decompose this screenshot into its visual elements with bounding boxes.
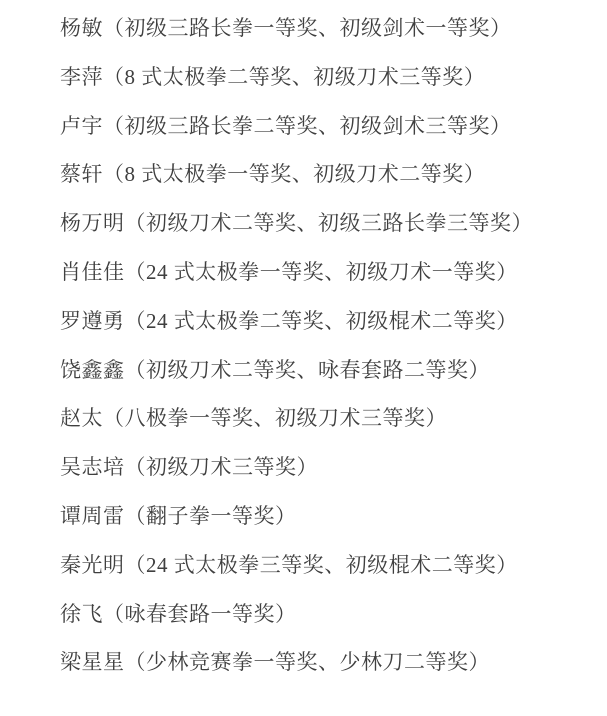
award-entry: 肖佳佳（24 式太极拳一等奖、初级刀术一等奖） [60,248,577,297]
award-entry: 李萍（8 式太极拳二等奖、初级刀术三等奖） [60,53,577,102]
award-entry: 吴志培（初级刀术三等奖） [60,443,577,492]
award-entry: 梁星星（少林竞赛拳一等奖、少林刀二等奖） [60,638,577,687]
award-entry: 秦光明（24 式太极拳三等奖、初级棍术二等奖） [60,541,577,590]
award-entry: 罗遵勇（24 式太极拳二等奖、初级棍术二等奖） [60,297,577,346]
award-list-document: 杨敏（初级三路长拳一等奖、初级剑术一等奖） 李萍（8 式太极拳二等奖、初级刀术三… [0,0,607,716]
award-entry: 饶鑫鑫（初级刀术二等奖、咏春套路二等奖） [60,346,577,395]
award-entry: 杨万明（初级刀术二等奖、初级三路长拳三等奖） [60,199,577,248]
award-entry: 卢宇（初级三路长拳二等奖、初级剑术三等奖） [60,102,577,151]
award-entry: 赵太（八极拳一等奖、初级刀术三等奖） [60,394,577,443]
award-entry: 杨敏（初级三路长拳一等奖、初级剑术一等奖） [60,4,577,53]
award-entry: 蔡轩（8 式太极拳一等奖、初级刀术二等奖） [60,150,577,199]
award-entry: 徐飞（咏春套路一等奖） [60,590,577,639]
award-entry: 谭周雷（翻子拳一等奖） [60,492,577,541]
